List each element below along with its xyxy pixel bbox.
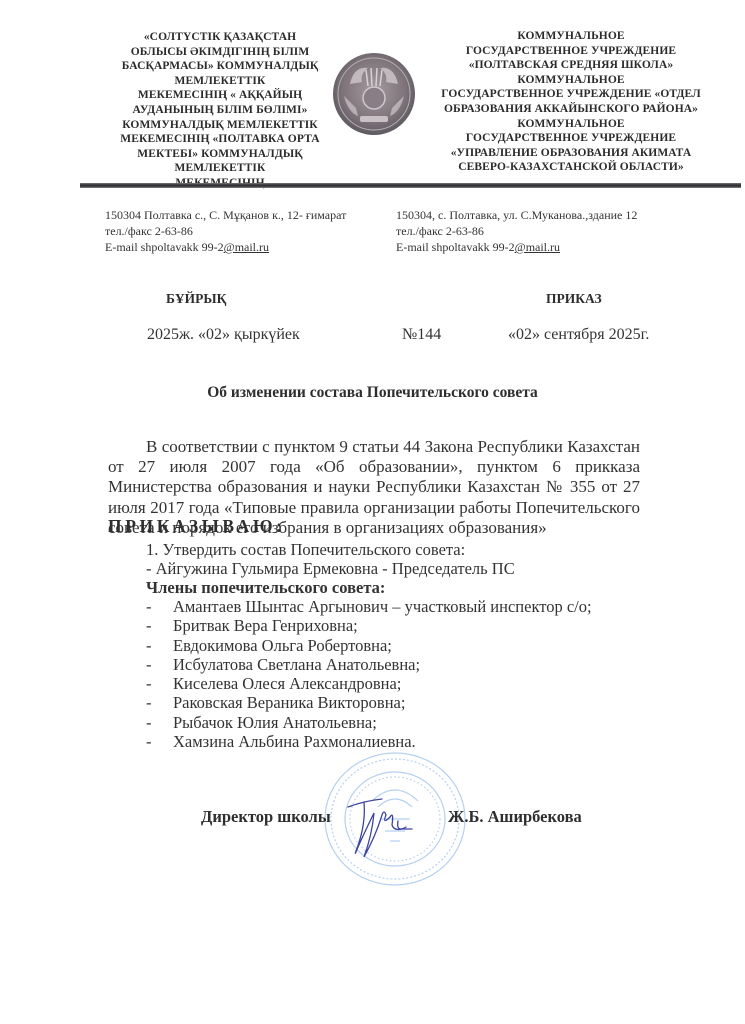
header-kz-line: МЕКТЕБІ» КОММУНАЛДЫҚ: [100, 147, 340, 162]
email-line: E-mail shpoltavakk 99-2@mail.ru: [105, 239, 346, 255]
email-link[interactable]: @mail.ru: [224, 240, 269, 254]
document-title: Об изменении состава Попечительского сов…: [0, 384, 745, 402]
order-heading: ПРИКАЗЫВАЮ:: [108, 516, 286, 537]
list-item: -Рыбачок Юлия Анатольевна;: [146, 713, 592, 732]
bullet: -: [146, 597, 173, 616]
bullet: -: [146, 674, 173, 693]
member-name: Евдокимова Ольга Робертовна;: [173, 636, 392, 655]
header-kz-line: МЕКЕМЕСІНІҢ « АҚҚАЙЫҢ: [100, 88, 340, 103]
state-emblem-icon: [332, 52, 416, 136]
list-item: -Раковская Вераника Викторовна;: [146, 693, 592, 712]
address-kz: 150304 Полтавка с., С. Мұқанов к., 12- ғ…: [105, 207, 346, 255]
header-ru-line: СЕВЕРО-КАЗАХСТАНСКОЙ ОБЛАСТИ»: [440, 160, 702, 175]
header-ru-line: ОБРАЗОВАНИЯ АККАЙЫНСКОГО РАЙОНА»: [440, 102, 702, 117]
address-line: 150304 Полтавка с., С. Мұқанов к., 12- ғ…: [105, 207, 346, 223]
header-kz-organization: «СОЛТҮСТІК ҚАЗАҚСТАН ОБЛЫСЫ ӘКІМДІГІНІҢ …: [100, 30, 340, 191]
list-item: -Амантаев Шынтас Аргынович – участковый …: [146, 597, 592, 616]
email-prefix: E-mail shpoltavakk 99-2: [396, 240, 515, 254]
header-ru-line: ГОСУДАРСТВЕННОЕ УЧРЕЖДЕНИЕ «ОТДЕЛ: [440, 87, 702, 102]
address-ru: 150304, с. Полтавка, ул. С.Муканова.,зда…: [396, 207, 637, 255]
header-kz-line: БАСҚАРМАСЫ» КОММУНАЛДЫҚ: [100, 59, 340, 74]
members-list: -Амантаев Шынтас Аргынович – участковый …: [146, 597, 592, 751]
order-item-1: 1. Утвердить состав Попечительского сове…: [146, 540, 465, 560]
header-ru-line: КОММУНАЛЬНОЕ: [440, 29, 702, 44]
list-item: -Киселева Олеся Александровна;: [146, 674, 592, 693]
bullet: -: [146, 616, 173, 635]
header-ru-line: ГОСУДАРСТВЕННОЕ УЧРЕЖДЕНИЕ: [440, 131, 702, 146]
list-item: -Исбулатова Светлана Анатольевна;: [146, 655, 592, 674]
signature-icon: [342, 785, 422, 865]
signer-name: Ж.Б. Аширбекова: [448, 807, 582, 827]
bullet: -: [146, 713, 173, 732]
signer-position: Директор школы: [201, 807, 331, 827]
members-heading: Члены попечительского совета:: [146, 578, 385, 598]
order-date-kz: 2025ж. «02» қыркүйек: [147, 326, 300, 344]
order-label-ru: ПРИКАЗ: [546, 291, 602, 307]
order-number: №144: [402, 326, 441, 344]
header-ru-line: ГОСУДАРСТВЕННОЕ УЧРЕЖДЕНИЕ: [440, 44, 702, 59]
header-kz-line: ОБЛЫСЫ ӘКІМДІГІНІҢ БІЛІМ: [100, 45, 340, 60]
header-ru-line: «ПОЛТАВСКАЯ СРЕДНЯЯ ШКОЛА»: [440, 58, 702, 73]
member-name: Рыбачок Юлия Анатольевна;: [173, 713, 377, 732]
member-name: Амантаев Шынтас Аргынович – участковый и…: [173, 597, 592, 616]
list-item: -Евдокимова Ольга Робертовна;: [146, 636, 592, 655]
header-kz-line: МЕМЛЕКЕТТІК: [100, 161, 340, 176]
header-ru-line: КОММУНАЛЬНОЕ: [440, 73, 702, 88]
header-kz-line: КОММУНАЛДЫҚ МЕМЛЕКЕТТІК: [100, 118, 340, 133]
header-kz-line: АУДАНЫНЫҢ БІЛІМ БӨЛІМІ»: [100, 103, 340, 118]
address-line: 150304, с. Полтавка, ул. С.Муканова.,зда…: [396, 207, 637, 223]
member-name: Киселева Олеся Александровна;: [173, 674, 401, 693]
email-line: E-mail shpoltavakk 99-2@mail.ru: [396, 239, 637, 255]
phone-line: тел./факс 2-63-86: [396, 223, 637, 239]
list-item: -Бритвак Вера Генриховна;: [146, 616, 592, 635]
bullet: -: [146, 693, 173, 712]
bullet: -: [146, 732, 173, 751]
member-name: Бритвак Вера Генриховна;: [173, 616, 358, 635]
member-name: Исбулатова Светлана Анатольевна;: [173, 655, 420, 674]
header-kz-line: «СОЛТҮСТІК ҚАЗАҚСТАН: [100, 30, 340, 45]
header-ru-line: «УПРАВЛЕНИЕ ОБРАЗОВАНИЯ АКИМАТА: [440, 146, 702, 161]
email-link[interactable]: @mail.ru: [515, 240, 560, 254]
member-name: Раковская Вераника Викторовна;: [173, 693, 405, 712]
bullet: -: [146, 655, 173, 674]
header-kz-line: МЕКЕМЕСІНІҢ «ПОЛТАВКА ОРТА: [100, 132, 340, 147]
council-chair: - Айгужина Гульмира Ермековна - Председа…: [146, 559, 515, 579]
order-label-kz: БҰЙРЫҚ: [166, 291, 226, 307]
order-date-ru: «02» сентября 2025г.: [508, 326, 649, 344]
header-ru-line: КОММУНАЛЬНОЕ: [440, 117, 702, 132]
phone-line: тел./факс 2-63-86: [105, 223, 346, 239]
header-kz-line: МЕМЛЕКЕТТІК: [100, 74, 340, 89]
email-prefix: E-mail shpoltavakk 99-2: [105, 240, 224, 254]
header-divider: [80, 183, 741, 188]
header-ru-organization: КОММУНАЛЬНОЕ ГОСУДАРСТВЕННОЕ УЧРЕЖДЕНИЕ …: [440, 29, 702, 175]
bullet: -: [146, 636, 173, 655]
